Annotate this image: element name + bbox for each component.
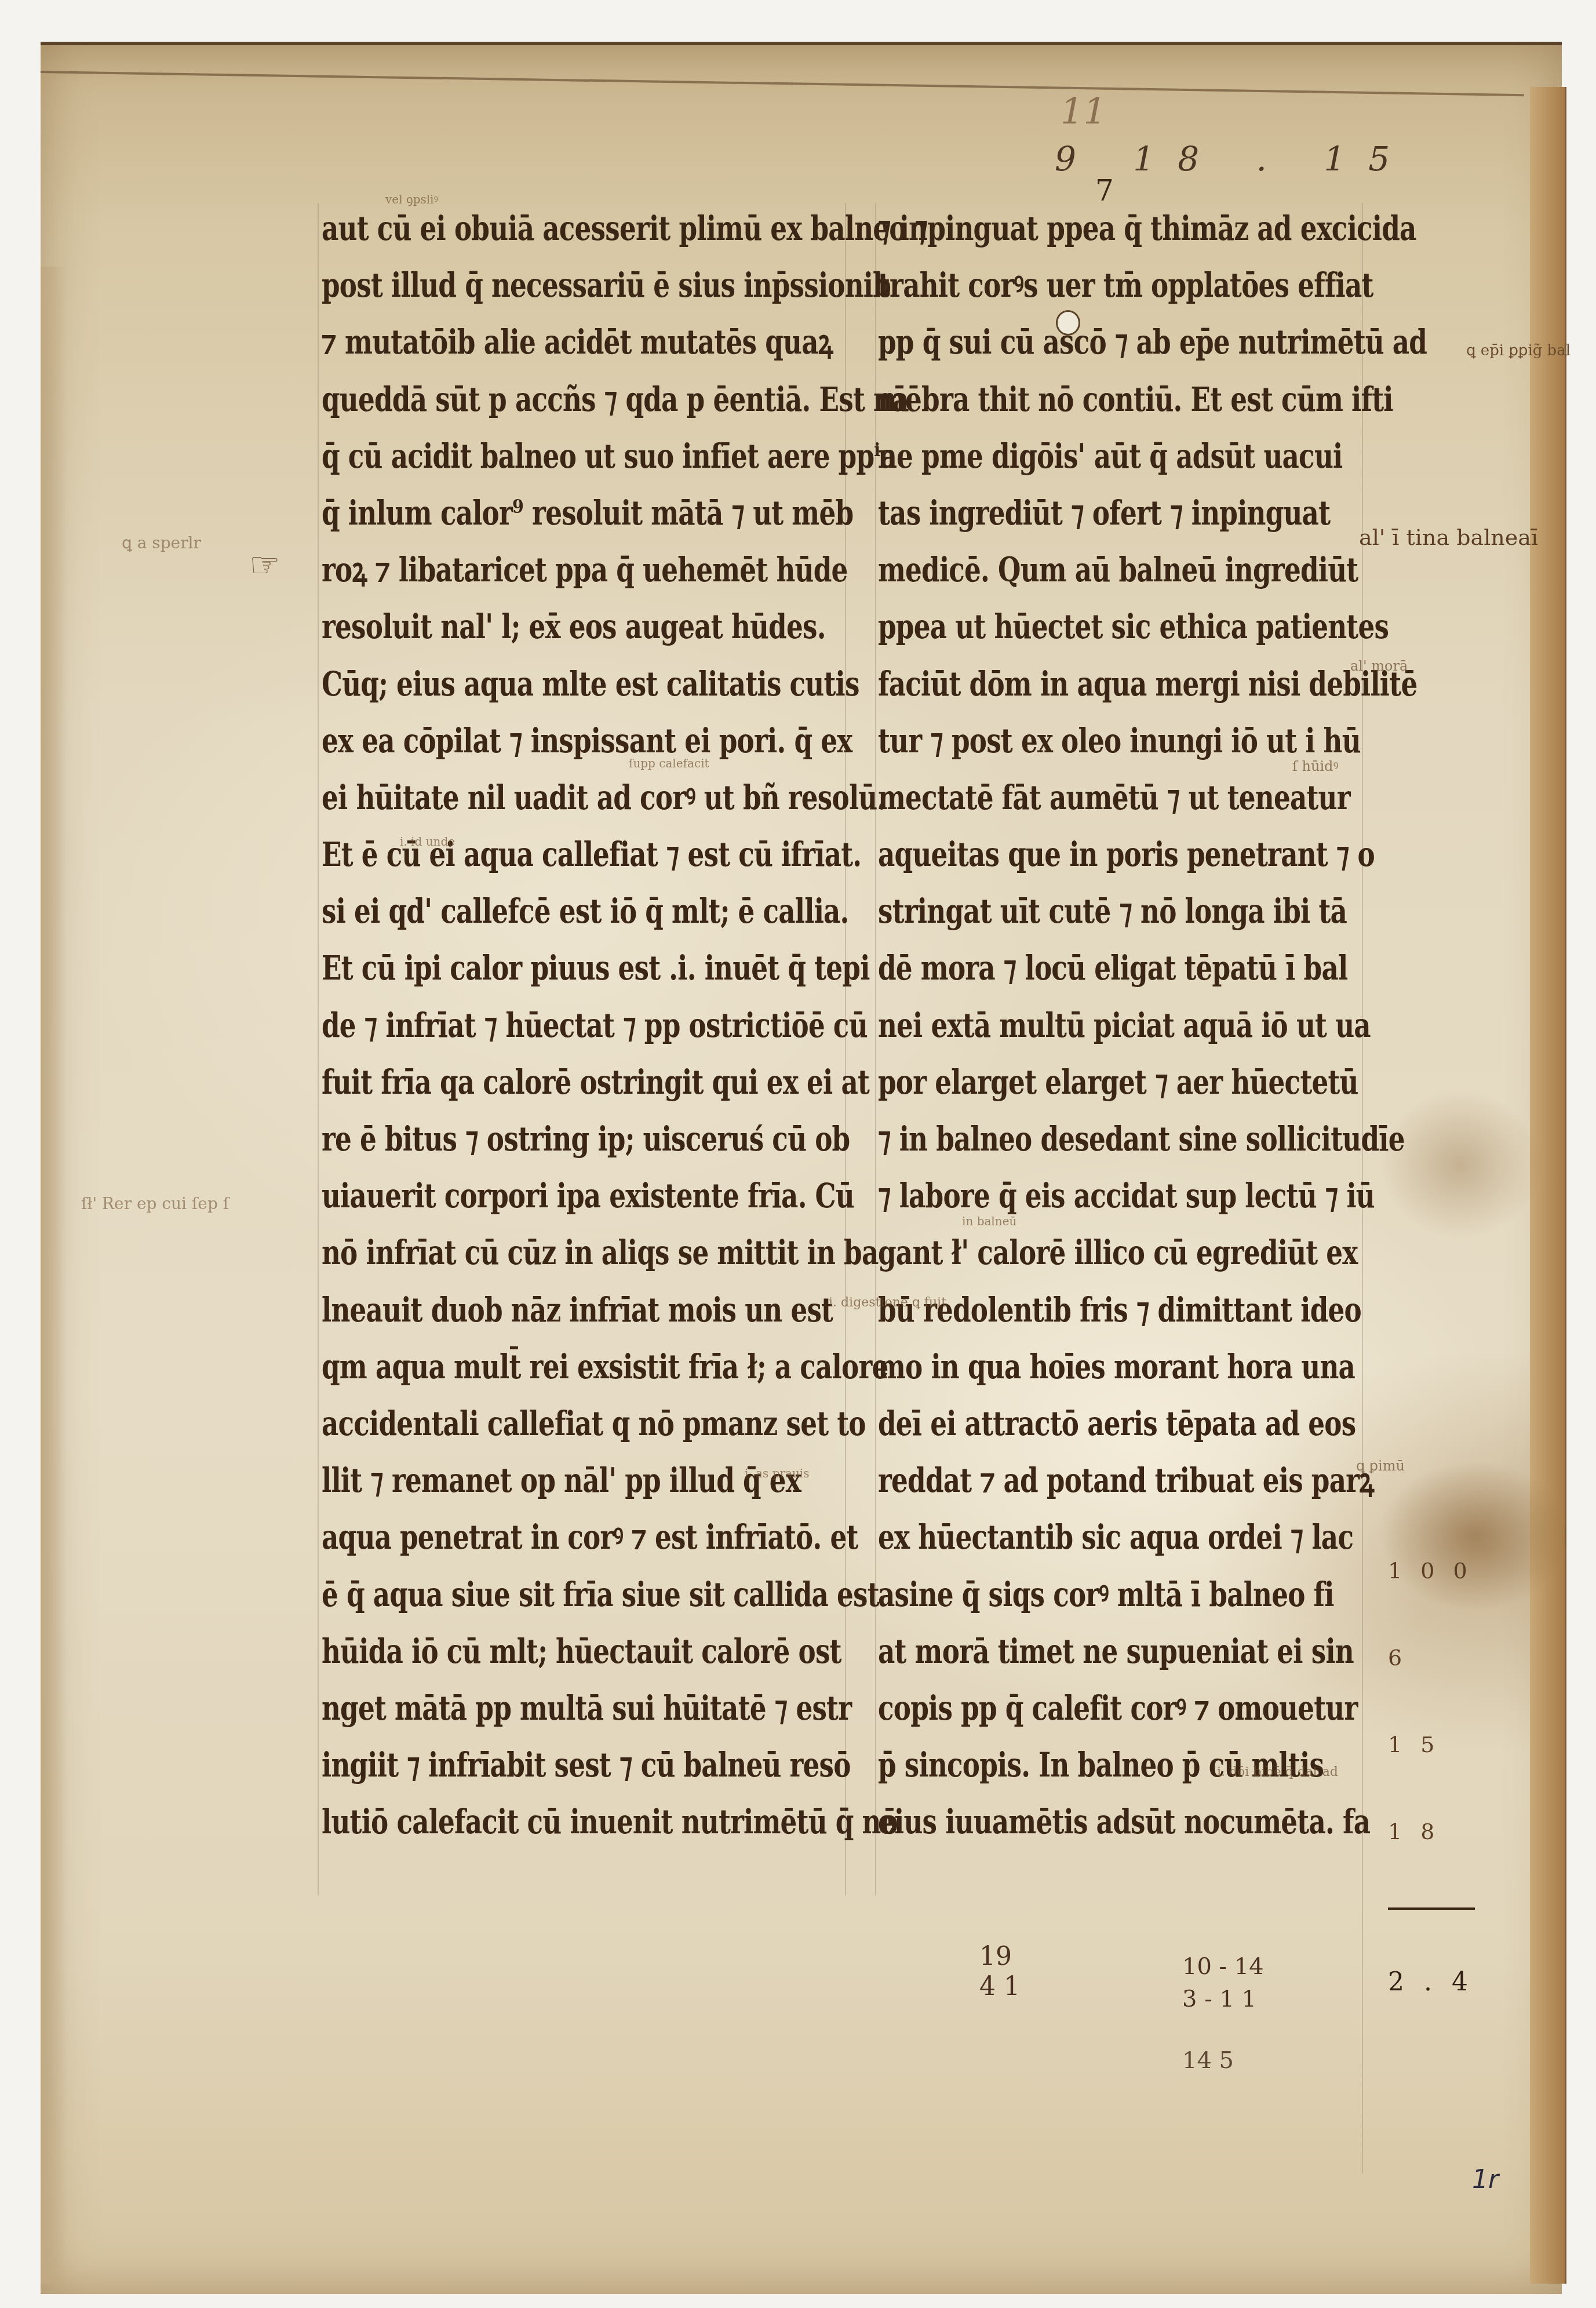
text-line: dē mora ⁊ locū eligat tēpatū ī bal: [878, 940, 1258, 996]
text-line: lneauit duob nāz infrīat mois un est: [322, 1282, 728, 1338]
text-line: ⁊ inpinguat ppea q̄ thimāz ad excicida: [878, 200, 1258, 257]
tally-line: 1 8: [1388, 1817, 1475, 1846]
margin-note-right: i. digestione ꝗ fuit: [829, 1295, 946, 1310]
tally-line: 10 - 14: [1182, 1950, 1264, 1983]
tally-rule: [1388, 1907, 1475, 1910]
text-line: copis pp q̄ calefit corꝰ ⁊ omouetur: [878, 1680, 1258, 1737]
margin-note-left: ꝗ a sperlr: [122, 533, 201, 552]
text-line: pp q̄ sui cū ascō ⁊ ab ep̄e nutrimētū ad: [878, 314, 1258, 370]
text-line: roꝝ ⁊ libataricet ppa q̄ uehemēt hūde: [322, 541, 728, 598]
text-line: Et ē cū ei aqua callefiat ⁊ est cū ifrīa…: [322, 826, 728, 883]
tally-line: 1 5: [1388, 1730, 1475, 1759]
interlinear-gloss: i. id unde: [400, 835, 455, 849]
text-line: ⁊ labore q̄ eis accidat sup lectū ⁊ iū: [878, 1167, 1258, 1224]
text-line: post illud q̄ necessariū ē sius inp̄ssio…: [322, 257, 728, 314]
text-line: Cūq; eius aqua mlte est calitatis cutis: [322, 656, 728, 712]
interlinear-gloss: i. as prauis: [745, 1466, 809, 1480]
margin-note-right: al' morā: [1350, 658, 1408, 674]
text-column-left: aut cū ei obuiā acesserit plimū ex balne…: [322, 200, 843, 1850]
text-line: de ⁊ infrīat ⁊ hūectat ⁊ pp ostrictiōē c…: [322, 997, 728, 1054]
tally-line: 19: [979, 1942, 1020, 1972]
binding-edge: [41, 267, 67, 2284]
top-numbers: 9 18 . 15: [1055, 139, 1413, 179]
text-line: tas ingrediūt ⁊ ofert ⁊ inpinguat: [878, 485, 1258, 541]
text-line: ex hūectantib sic aqua ordei ⁊ lac: [878, 1509, 1258, 1566]
text-line: aut cū ei obuiā acesserit plimū ex balne…: [322, 200, 728, 257]
margin-note-right: i. dōi bibē q̄ dat ad: [1217, 1765, 1338, 1779]
text-line: qm aqua mult̄ rei exsistit frīa ł; a cal…: [322, 1338, 728, 1395]
interlinear-gloss: ſupp calefacit: [629, 756, 709, 770]
text-line: si ei qd' callefcē est iō q̄ mlt; ē call…: [322, 883, 728, 940]
margin-note-right: ꝗ ꝑimū: [1356, 1458, 1405, 1474]
tally-line: 3 - 1 1: [1182, 1983, 1264, 2015]
text-line: ⁊ in balneo desedant sine sollicitudīe: [878, 1111, 1258, 1167]
text-line: reddat ⁊ ad potand tribuat eis parꝝ: [878, 1452, 1258, 1509]
text-line: queddā sūt p accñs ⁊ qda p ēentiā. Est n…: [322, 371, 728, 428]
text-line: ē q̄ aqua siue sit frīa siue sit callida…: [322, 1566, 728, 1623]
margin-note-right: ſ hūidꝰ: [1292, 756, 1339, 776]
text-line: tur ⁊ post ex oleo inungi iō ut i hū: [878, 712, 1258, 769]
tally-line: 4 1: [979, 1972, 1020, 2002]
text-line: nget mātā pp multā sui hūitatē ⁊ estr: [322, 1680, 728, 1737]
tally-line: 6: [1388, 1643, 1475, 1672]
tally-line: 14 5: [1182, 2044, 1264, 2077]
text-line: p̄ sincopis. In balneo p̄ cū mltis: [878, 1737, 1258, 1793]
tally-sum: 2 . 4: [1388, 1968, 1475, 1997]
text-line: deī ei attractō aeris tēpata ad eos: [878, 1395, 1258, 1452]
text-line: llit ⁊ remanet op nāl' pp illud q̄ ex: [322, 1452, 728, 1509]
manicule-pointing-hand-icon: ☞: [249, 545, 280, 585]
tally-bottom-left: 19 4 1: [979, 1942, 1020, 2002]
text-line: Et cū ipi calor piuus est .i. inuēt q̄ t…: [322, 940, 728, 996]
margin-note-right: ꝗ ep̄i ꝑꝑig̃ bal: [1466, 342, 1571, 359]
text-line: nei extā multū piciat aquā iō ut ua: [878, 997, 1258, 1054]
text-line: aqueitas que in poris penetrant ⁊ o: [878, 826, 1258, 883]
text-line: mo in qua hoīes morant hora una: [878, 1338, 1258, 1395]
text-line: aqua penetrat in corꝰ ⁊ est infrīatō. et: [322, 1509, 728, 1566]
text-line: mēbra thit nō contiū. Et est cūm ifti: [878, 371, 1258, 428]
text-column-right: ⁊ inpinguat ppea q̄ thimāz ad excicida t…: [878, 200, 1365, 1850]
text-line: faciūt dōm in aqua mergi nisi debilitē: [878, 656, 1258, 712]
text-line: trahit corꝰs uer tm̄ opplatōes effiat: [878, 257, 1258, 314]
text-line: q̄ inlum calor⁹ resoluit mātā ⁊ ut mēb: [322, 485, 728, 541]
interlinear-gloss: vel ꝯpsliꝰ: [385, 191, 438, 207]
interlinear-gloss: in balneū: [962, 1214, 1016, 1228]
folio-number: 1r: [1472, 2165, 1499, 2194]
text-line: asine q̄ siqs corꝰ mltā ī balneo fi: [878, 1566, 1258, 1623]
tally-line: 1 0 0: [1388, 1556, 1475, 1585]
text-line: por elarget elarget ⁊ aer hūectetū: [878, 1054, 1258, 1111]
water-stain: [1379, 1090, 1542, 1240]
text-line: gant ł' calorē illico cū egrediūt ex: [878, 1224, 1258, 1281]
text-line: medicē. Qum aū balneū ingrediūt: [878, 541, 1258, 598]
tally-right: 1 0 0 6 1 5 1 8 2 . 4: [1388, 1498, 1475, 2026]
text-line: ppea ut hūectet sic ethica patientes: [878, 598, 1258, 655]
text-line: stringat uīt cutē ⁊ nō longa ibi tā: [878, 883, 1258, 940]
text-line: hūida iō cū mlt; hūectauit calorē ost: [322, 1623, 728, 1680]
margin-note-right: al' ī tina balneaī: [1359, 525, 1538, 550]
tally-bottom-right: 10 - 14 3 - 1 1 14 5: [1182, 1950, 1264, 2077]
text-line: re ē bitus ⁊ ostring ip; uisceruś cū ob: [322, 1111, 728, 1167]
text-line: lutiō calefacit cū inuenit nutrimētū q̄ …: [322, 1793, 728, 1850]
text-line: ingiit ⁊ infrīabit sest ⁊ cū balneū resō: [322, 1737, 728, 1793]
text-line: resoluit nal' l; ex̄ eos augeat hūdes.: [322, 598, 728, 655]
text-line: accidentali callefiat q nō pmanz set to: [322, 1395, 728, 1452]
text-line: at morā timet ne supueniat ei sin: [878, 1623, 1258, 1680]
margin-note-left: ſł' Rer ep cui ſep ſ: [81, 1194, 229, 1213]
text-line: ei hūitate nil uadit ad corꝰ ut bñ resol…: [322, 769, 728, 826]
text-line: ne pme digōis' aūt q̄ adsūt uacui: [878, 428, 1258, 485]
text-line: eius iuuamētis adsūt nocumēta. fa: [878, 1793, 1258, 1850]
text-line: fuit frīa qa calorē ostringit qui ex ei …: [322, 1054, 728, 1111]
text-line: ⁊ mutatōib alie acidēt mutatēs quaꝝ: [322, 314, 728, 370]
text-line: q̄ cū acidit balneo ut suo infīet aere p…: [322, 428, 728, 485]
top-mark: 11: [1061, 90, 1106, 132]
ruling-line: [318, 203, 319, 1895]
text-line: nō infrīat cū cūz in aliqs se mittit in …: [322, 1224, 728, 1281]
text-line: mectatē fāt aumētū ⁊ ut teneatur: [878, 769, 1258, 826]
text-line: uiauerit corpori ipa existente frīa. Cū: [322, 1167, 728, 1224]
